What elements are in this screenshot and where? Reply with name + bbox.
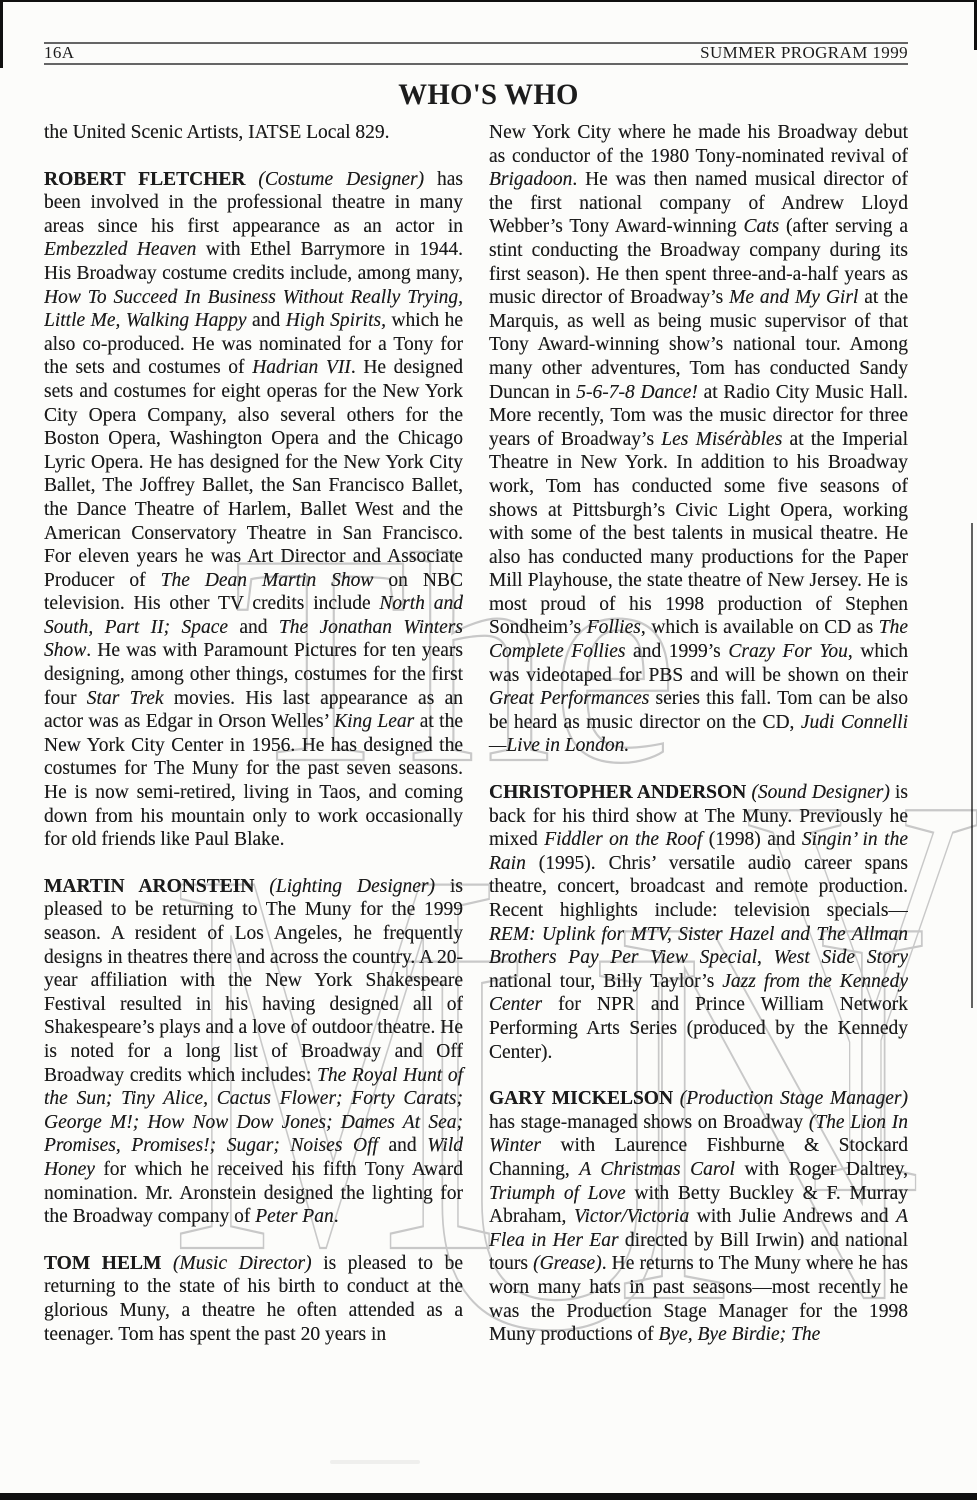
- person-name: CHRISTOPHER ANDERSON: [489, 782, 751, 803]
- scan-edge-top: [0, 0, 977, 2]
- italic-text: Star Trek: [87, 688, 164, 709]
- italic-text: Bye, Bye Birdie; The: [659, 1324, 821, 1345]
- italic-text: West Side Story: [774, 947, 908, 968]
- bio-paragraph: New York City where he made his Broadway…: [489, 121, 908, 758]
- person-name: TOM HELM: [44, 1253, 173, 1274]
- italic-text: Victor/Victoria: [574, 1206, 689, 1227]
- italic-text: (Sound Designer): [751, 782, 889, 803]
- italic-text: Les Miséràbles: [661, 429, 782, 450]
- bio-paragraph: TOM HELM (Music Director) is pleased to …: [44, 1252, 463, 1346]
- italic-text: High Spirits,: [286, 310, 386, 331]
- scan-smudge: [330, 1460, 420, 1464]
- body-text: and: [247, 310, 286, 331]
- program-scan-page: The M U N Y 16A SUMMER PROGRAM 1999 WHO'…: [0, 0, 977, 1500]
- italic-text: (Production Stage Manager): [680, 1088, 908, 1109]
- body-text: the United Scenic Artists, IATSE Local 8…: [44, 122, 390, 143]
- body-text: .: [334, 1206, 339, 1227]
- italic-text: (Music Director): [173, 1253, 312, 1274]
- program-title: SUMMER PROGRAM 1999: [700, 44, 908, 62]
- italic-text: (Costume Designer): [258, 169, 424, 190]
- body-text: ,: [757, 947, 774, 968]
- italic-text: Fiddler on the Roof: [544, 829, 702, 850]
- bio-paragraph: MARTIN ARONSTEIN (Lighting Designer) is …: [44, 875, 463, 1229]
- italic-text: (Grease): [533, 1253, 602, 1274]
- body-text: for which he received his fifth Tony Awa…: [44, 1159, 463, 1227]
- body-text: New York City where he made his Broadway…: [489, 122, 908, 167]
- body-text: and: [378, 1135, 427, 1156]
- bio-paragraph: GARY MICKELSON (Production Stage Manager…: [489, 1087, 908, 1347]
- bio-paragraph: CHRISTOPHER ANDERSON (Sound Designer) is…: [489, 781, 908, 1064]
- page-number: 16A: [44, 44, 74, 62]
- body-text: (1995). Chris’ versatile audio career sp…: [489, 853, 908, 921]
- body-text: has stage-managed shows on Broadway: [489, 1112, 809, 1133]
- body-text: , which is available on CD as: [641, 617, 879, 638]
- italic-text: Peter Pan: [255, 1206, 334, 1227]
- running-head: 16A SUMMER PROGRAM 1999: [44, 44, 908, 62]
- body-text: and 1999’s: [625, 641, 728, 662]
- body-text: at the Imperial Theatre in New York. In …: [489, 429, 908, 639]
- header-rule-bottom: [44, 63, 908, 65]
- body-text: for NPR and Prince William Network Perfo…: [489, 994, 908, 1062]
- body-text: with Julie Andrews and: [689, 1206, 896, 1227]
- person-name: MARTIN ARONSTEIN: [44, 876, 269, 897]
- body-text: . He designed sets and costumes for eigh…: [44, 357, 463, 590]
- body-text: is pleased to be returning to The Muny f…: [44, 876, 463, 1086]
- person-name: ROBERT FLETCHER: [44, 169, 258, 190]
- italic-text: Brigadoon: [489, 169, 572, 190]
- page-title: WHO'S WHO: [20, 79, 958, 111]
- right-column: New York City where he made his Broadway…: [489, 121, 908, 1493]
- italic-text: (Lighting Designer): [269, 876, 435, 897]
- italic-text: Great Performances: [489, 688, 649, 709]
- italic-text: A Christmas Carol: [579, 1159, 735, 1180]
- person-name: GARY MICKELSON: [489, 1088, 680, 1109]
- left-column: the United Scenic Artists, IATSE Local 8…: [44, 121, 463, 1493]
- italic-text: Crazy For You: [728, 641, 848, 662]
- bio-paragraph: the United Scenic Artists, IATSE Local 8…: [44, 121, 463, 145]
- italic-text: 5-6-7-8 Dance!: [576, 382, 698, 403]
- body-text: national tour, Billy Taylor’s: [489, 971, 722, 992]
- italic-text: King Lear: [334, 711, 414, 732]
- body-text: and: [228, 617, 279, 638]
- body-text: (1998) and: [702, 829, 802, 850]
- bio-columns: the United Scenic Artists, IATSE Local 8…: [44, 121, 908, 1493]
- scan-edge-left: [0, 0, 3, 68]
- italic-text: Hadrian VII: [252, 357, 351, 378]
- italic-text: Embezzled Heaven: [44, 239, 196, 260]
- italic-text: Follies: [587, 617, 641, 638]
- body-text: with Roger Daltrey,: [735, 1159, 908, 1180]
- italic-text: Me and My Girl: [729, 287, 858, 308]
- scan-page-curl-line: [971, 523, 973, 1008]
- bio-paragraph: ROBERT FLETCHER (Costume Designer) has b…: [44, 168, 463, 852]
- italic-text: The Dean Martin Show: [161, 570, 374, 591]
- scan-edge-bottom: [0, 1493, 977, 1500]
- italic-text: Triumph of Love: [489, 1183, 626, 1204]
- italic-text: Cats: [743, 216, 779, 237]
